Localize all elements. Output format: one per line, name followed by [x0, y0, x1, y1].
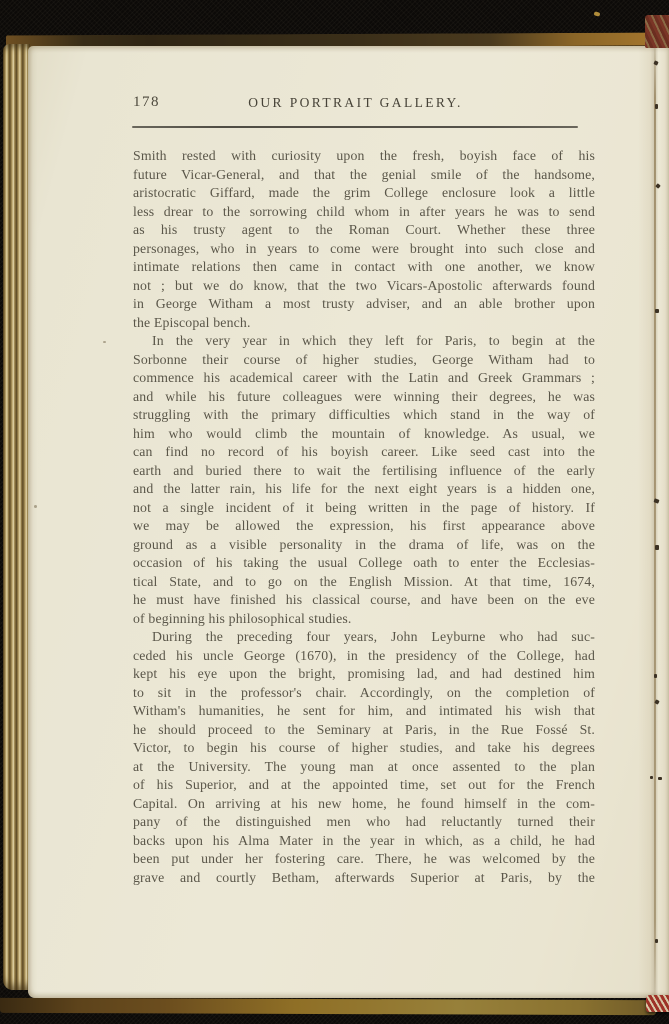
paper-speck: [103, 341, 106, 343]
text-line: he must have finished his classical cour…: [133, 591, 595, 610]
text-line: commence his academical career with the …: [133, 369, 595, 388]
text-line: future Vicar-General, and that the genia…: [133, 166, 595, 185]
page-edge-mark: [655, 545, 659, 550]
endband-bottom-right: [646, 995, 669, 1012]
text-line: intimate relations then came in contact …: [133, 258, 595, 277]
text-line: Victor, to begin his course of higher st…: [133, 739, 595, 758]
paper-speck: [34, 505, 37, 508]
page-edge-mark: [658, 777, 662, 780]
text-line: can find no record of his boyish career.…: [133, 443, 595, 462]
page-edge-mark: [655, 309, 659, 313]
text-line: we may be allowed the expression, his fi…: [133, 517, 595, 536]
text-line: Witham's humanities, he sent for him, an…: [133, 702, 595, 721]
gilt-speck: [594, 11, 601, 16]
header-rule: [132, 126, 578, 128]
text-line: and the latter rain, his life for the ne…: [133, 480, 595, 499]
text-line: earth and buried there to wait the ferti…: [133, 462, 595, 481]
text-line: him who would climb the mountain of know…: [133, 425, 595, 444]
book-bottom-edge: [0, 998, 656, 1015]
text-line: personages, who in years to come were br…: [133, 240, 595, 259]
text-line: backs upon his Alma Mater in the year in…: [133, 832, 595, 851]
text-line: During the preceding four years, John Le…: [133, 628, 595, 647]
text-line: ceded his uncle George (1670), in the pr…: [133, 647, 595, 666]
paragraph: In the very year in which they left for …: [133, 332, 595, 628]
text-line: he should proceed to the Seminary at Par…: [133, 721, 595, 740]
text-line: in George Witham a most trusty adviser, …: [133, 295, 595, 314]
text-line: grave and courtly Betham, afterwards Sup…: [133, 869, 595, 888]
text-line: not ; but we do know, that the two Vicar…: [133, 277, 595, 296]
text-line: ground as a visible personality in the d…: [133, 536, 595, 555]
text-line: the Episcopal bench.: [133, 314, 595, 333]
page-edge-mark: [655, 939, 658, 943]
text-line: struggling with the primary difficulties…: [133, 406, 595, 425]
text-line: to sit in the professor's chair. Accordi…: [133, 684, 595, 703]
text-line: tical State, and to go on the English Mi…: [133, 573, 595, 592]
text-line: not a single incident of it being writte…: [133, 499, 595, 518]
page-edge-mark: [655, 104, 658, 109]
text-line: been put under her fostering care. There…: [133, 850, 595, 869]
text-line: of his Superior, and at the appointed ti…: [133, 776, 595, 795]
running-header: OUR PORTRAIT GALLERY.: [133, 95, 578, 111]
text-line: In the very year in which they left for …: [133, 332, 595, 351]
page-edge-mark: [654, 674, 657, 678]
text-line: Capital. On arriving at his new home, he…: [133, 795, 595, 814]
page-stack-fore-edge: [3, 44, 30, 990]
text-line: Smith rested with curiosity upon the fre…: [133, 147, 595, 166]
page-edge-mark: [650, 776, 653, 779]
paragraph: During the preceding four years, John Le…: [133, 628, 595, 887]
text-line: less drear to the sorrowing child whom i…: [133, 203, 595, 222]
text-block: Smith rested with curiosity upon the fre…: [133, 147, 595, 887]
text-line: of beginning his philosophical studies.: [133, 610, 595, 629]
text-line: kept his eye upon the bright, promising …: [133, 665, 595, 684]
text-line: pany of the distinguished men who had re…: [133, 813, 595, 832]
paragraph: Smith rested with curiosity upon the fre…: [133, 147, 595, 332]
text-line: Sorbonne their course of higher studies,…: [133, 351, 595, 370]
text-line: aristocratic Giffard, made the grim Coll…: [133, 184, 595, 203]
text-line: at the University. The young man at once…: [133, 758, 595, 777]
text-line: occasion of his taking the usual College…: [133, 554, 595, 573]
text-line: as his trusty agent to the Roman Court. …: [133, 221, 595, 240]
text-line: and while his future colleagues were win…: [133, 388, 595, 407]
endband-top-right: [645, 15, 669, 48]
